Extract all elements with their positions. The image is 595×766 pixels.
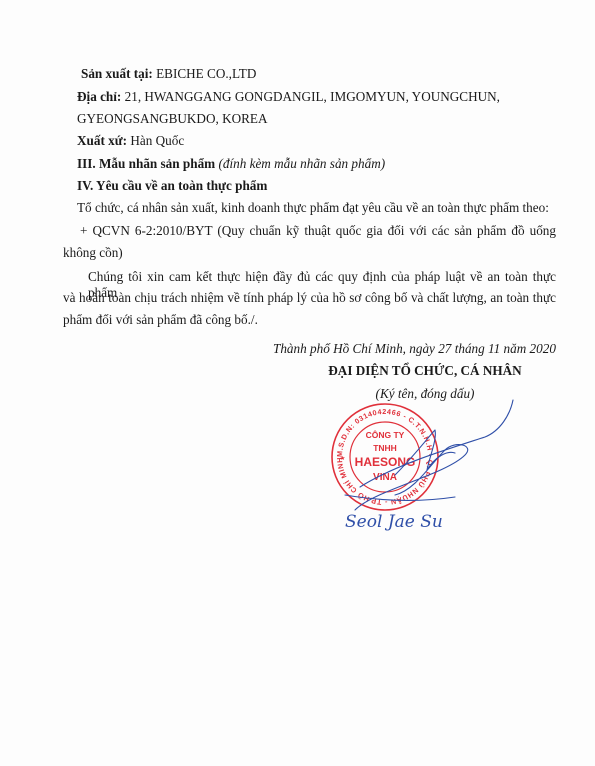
signer-name: Seol Jae Su [345, 512, 443, 532]
manufacturer-label: Sản xuất tại: [81, 66, 153, 81]
standard-line-1: + QCVN 6-2:2010/BYT (Quy chuẩn kỹ thuật … [80, 223, 556, 239]
manufacturer-line: Sản xuất tại: EBICHE CO.,LTD [81, 66, 256, 82]
address-label: Địa chỉ: [77, 89, 121, 104]
address-line: Địa chỉ: 21, HWANGGANG GONGDANGIL, IMGOM… [77, 89, 500, 105]
place-date: Thành phố Hồ Chí Minh, ngày 27 tháng 11 … [273, 341, 556, 357]
manufacturer-value: EBICHE CO.,LTD [156, 66, 256, 81]
standard-line-2: không cồn) [63, 245, 123, 261]
section4-intro: Tổ chức, cá nhân sản xuất, kinh doanh th… [77, 200, 549, 216]
signatory-title: ĐẠI DIỆN TỔ CHỨC, CÁ NHÂN [300, 363, 550, 379]
section3: III. Mẫu nhãn sản phẩm (đính kèm mẫu nhã… [77, 156, 385, 172]
handwritten-signature: Seol Jae Su [335, 395, 515, 535]
origin-line: Xuất xứ: Hàn Quốc [77, 133, 184, 149]
address-value-1: 21, HWANGGANG GONGDANGIL, IMGOMYUN, YOUN… [125, 89, 500, 104]
origin-value: Hàn Quốc [130, 133, 184, 148]
document-page: Sản xuất tại: EBICHE CO.,LTD Địa chỉ: 21… [0, 0, 595, 766]
address-value-2: GYEONGSANGBUKDO, KOREA [77, 111, 268, 127]
commitment-line-3: phẩm đối với sản phẩm đã công bố./. [63, 312, 258, 328]
origin-label: Xuất xứ: [77, 133, 127, 148]
commitment-line-2: và hoàn toàn chịu trách nhiệm về tính ph… [63, 290, 556, 306]
section3-note: (đính kèm mẫu nhãn sản phẩm) [218, 156, 385, 171]
section3-heading: III. Mẫu nhãn sản phẩm [77, 156, 215, 171]
section4-heading: IV. Yêu cầu về an toàn thực phẩm [77, 178, 267, 194]
